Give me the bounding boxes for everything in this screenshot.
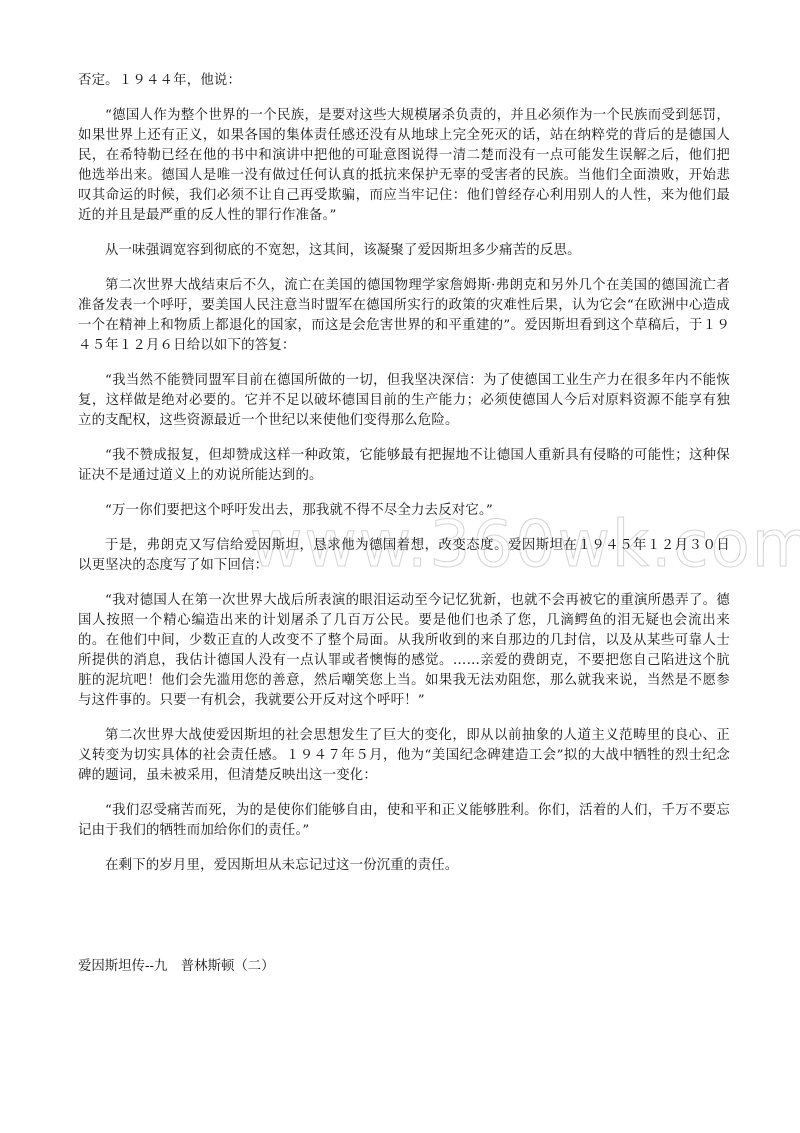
paragraph: 于是，弗朗克又写信给爱因斯坦，恳求他为德国着想，改变态度。爱因斯坦在１９４５年１… (78, 536, 730, 576)
paragraph: “我不赞成报复，但却赞成这样一种政策，它能够最有把握地不让德国人重新具有侵略的可… (78, 446, 730, 486)
paragraph: 从一味强调宽容到彻底的不宽恕，这其间，该凝聚了爱因斯坦多少痛苦的反思。 (78, 241, 730, 261)
paragraph: 否定。１９４４年，他说： (78, 71, 730, 91)
document-body: 否定。１９４４年，他说： “德国人作为整个世界的一个民族，是要对这些大规模屠杀负… (78, 71, 730, 891)
paragraph: 在剩下的岁月里，爱因斯坦从未忘记过这一份沉重的责任。 (78, 856, 730, 876)
paragraph: 第二次世界大战使爱因斯坦的社会思想发生了巨大的变化，即从以前抽象的人道主义范畴里… (78, 726, 730, 786)
paragraph: 第二次世界大战结束后不久，流亡在美国的德国物理学家詹姆斯·弗朗克和另外几个在美国… (78, 276, 730, 356)
paragraph: “德国人作为整个世界的一个民族，是要对这些大规模屠杀负责的，并且必须作为一个民族… (78, 106, 730, 226)
chapter-footer-title: 爱因斯坦传--九 普林斯顿（二） (78, 957, 275, 977)
paragraph: “万一你们要把这个呼吁发出去，那我就不得不尽全力去反对它。” (78, 501, 730, 521)
paragraph: “我对德国人在第一次世界大战后所表演的眼泪运动至今记忆犹新，也就不会再被它的重演… (78, 591, 730, 711)
paragraph: “我当然不能赞同盟军目前在德国所做的一切，但我坚决深信：为了使德国工业生产力在很… (78, 371, 730, 431)
paragraph: “我们忍受痛苦而死，为的是使你们能够自由，使和平和正义能够胜利。你们，活着的人们… (78, 801, 730, 841)
